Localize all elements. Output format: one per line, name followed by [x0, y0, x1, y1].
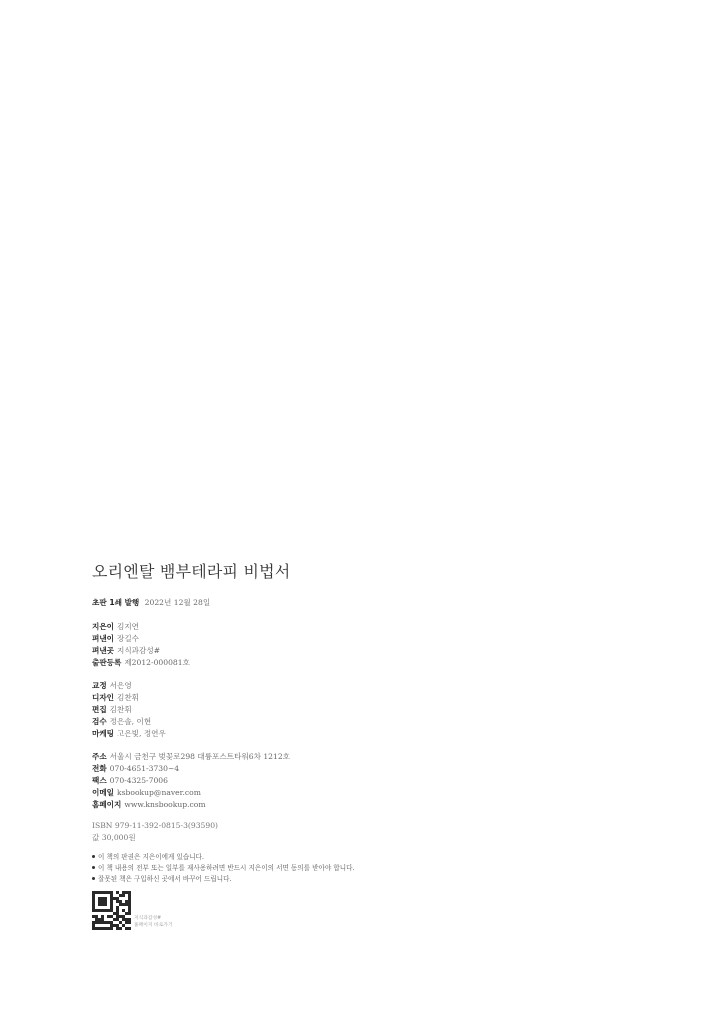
info-value: 지식과감성# [117, 646, 160, 655]
contact-row-email: 이메일ksbookup@naver.com [92, 787, 652, 799]
info-row-publishing-house: 펴낸곳지식과감성# [92, 645, 652, 657]
edition-date: 2022년 12월 28일 [145, 598, 211, 607]
edition-info: 초판 1쇄 발행 2022년 12월 28일 [92, 597, 652, 609]
contact-value: ksbookup@naver.com [117, 788, 201, 797]
info-row-registration: 출판등록제2012-000081호 [92, 657, 652, 669]
contact-info: 주소서울시 금천구 벚꽃로298 대륭포스트타워6차 1212호 전화070-4… [92, 751, 652, 811]
isbn-number: ISBN 979-11-392-0815-3(93590) [92, 820, 652, 832]
info-label: 펴낸이 [92, 634, 114, 643]
note-item: 이 책 내용의 전부 또는 일부를 재사용하려면 반드시 지은이의 서면 동의를… [92, 863, 652, 874]
staff-credits: 교정서은영 디자인김찬휘 편집김찬휘 검수정은솔, 이현 마케팅고은빛, 정연우 [92, 680, 652, 740]
contact-label: 이메일 [92, 788, 114, 797]
staff-value: 서은영 [110, 681, 132, 690]
book-title: 오리엔탈 뱀부테라피 비법서 [92, 562, 652, 582]
note-item: 잘못된 책은 구입하신 곳에서 바꾸어 드립니다. [92, 874, 652, 885]
bullet-icon [92, 877, 95, 880]
price: 값 30,000원 [92, 832, 652, 844]
colophon: 오리엔탈 뱀부테라피 비법서 초판 1쇄 발행 2022년 12월 28일 지은… [92, 562, 652, 901]
contact-value: 070-4325-7006 [110, 776, 168, 785]
staff-label: 마케팅 [92, 729, 114, 738]
note-text: 잘못된 책은 구입하신 곳에서 바꾸어 드립니다. [98, 875, 232, 883]
staff-row-marketing: 마케팅고은빛, 정연우 [92, 728, 652, 740]
info-value: 장길수 [117, 634, 139, 643]
contact-value: www.knsbookup.com [124, 800, 205, 809]
contact-row-homepage: 홈페이지www.knsbookup.com [92, 799, 652, 811]
edition-row: 초판 1쇄 발행 2022년 12월 28일 [92, 597, 652, 609]
info-label: 출판등록 [92, 658, 121, 667]
staff-row-editing: 편집김찬휘 [92, 704, 652, 716]
qr-caption-link: 홈페이지 바로가기 [134, 922, 173, 929]
staff-value: 김찬휘 [110, 705, 132, 714]
info-label: 지은이 [92, 622, 114, 631]
info-value: 제2012-000081호 [124, 658, 190, 667]
contact-value: 070-4651-3730~4 [110, 764, 179, 773]
isbn-info: ISBN 979-11-392-0815-3(93590) 값 30,000원 [92, 820, 652, 844]
bullet-icon [92, 866, 95, 869]
edition-label: 초판 1쇄 발행 [92, 598, 139, 607]
info-row-publisher: 펴낸이장길수 [92, 633, 652, 645]
staff-row-review: 검수정은솔, 이현 [92, 716, 652, 728]
staff-label: 검수 [92, 717, 107, 726]
staff-value: 정은솔, 이현 [110, 717, 152, 726]
publisher-info: 지은이김지연 펴낸이장길수 펴낸곳지식과감성# 출판등록제2012-000081… [92, 621, 652, 669]
qr-caption-brand: 지식과감성# [134, 915, 173, 922]
note-item: 이 책의 판권은 지은이에게 있습니다. [92, 852, 652, 863]
info-value: 김지연 [117, 622, 139, 631]
staff-label: 편집 [92, 705, 107, 714]
note-text: 이 책의 판권은 지은이에게 있습니다. [98, 853, 204, 861]
contact-row-phone: 전화070-4651-3730~4 [92, 763, 652, 775]
bullet-icon [92, 855, 95, 858]
staff-value: 김찬휘 [117, 693, 139, 702]
qr-caption: 지식과감성# 홈페이지 바로가기 [134, 915, 173, 929]
copyright-notes: 이 책의 판권은 지은이에게 있습니다. 이 책 내용의 전부 또는 일부를 재… [92, 852, 652, 885]
note-text: 이 책 내용의 전부 또는 일부를 재사용하려면 반드시 지은이의 서면 동의를… [98, 864, 355, 872]
staff-label: 디자인 [92, 693, 114, 702]
contact-label: 홈페이지 [92, 800, 121, 809]
staff-value: 고은빛, 정연우 [117, 729, 166, 738]
staff-row-design: 디자인김찬휘 [92, 692, 652, 704]
contact-label: 주소 [92, 752, 107, 761]
contact-value: 서울시 금천구 벚꽃로298 대륭포스트타워6차 1212호 [110, 752, 290, 761]
staff-row-proofreading: 교정서은영 [92, 680, 652, 692]
contact-row-address: 주소서울시 금천구 벚꽃로298 대륭포스트타워6차 1212호 [92, 751, 652, 763]
staff-label: 교정 [92, 681, 107, 690]
contact-label: 팩스 [92, 776, 107, 785]
qr-section: 지식과감성# 홈페이지 바로가기 [92, 891, 173, 930]
info-row-author: 지은이김지연 [92, 621, 652, 633]
info-label: 펴낸곳 [92, 646, 114, 655]
contact-row-fax: 팩스070-4325-7006 [92, 775, 652, 787]
contact-label: 전화 [92, 764, 107, 773]
qr-code-icon[interactable] [92, 891, 131, 930]
